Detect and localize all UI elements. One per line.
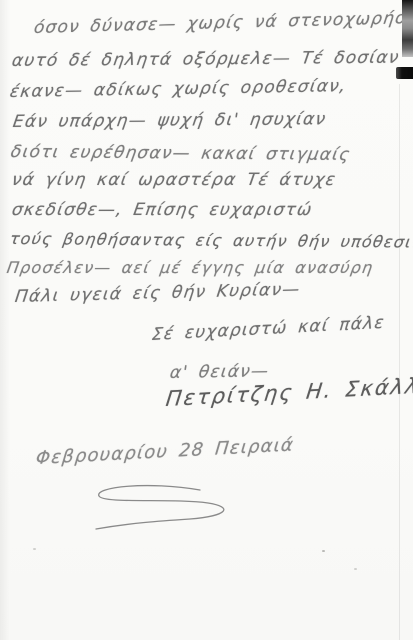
- handwritten-line: αυτό δέ δηλητά οξόρμελε— Τέ δοσίαν: [11, 48, 401, 71]
- paper-speck: [354, 568, 357, 570]
- paper-speck: [322, 550, 325, 552]
- flourish-swirl: [78, 483, 236, 531]
- handwritten-line: Προσέλεν— αεί μέ έγγης μία ανασύρη: [5, 258, 374, 277]
- handwritten-line: σκεδίσθε—, Επίσης ευχαριστώ: [10, 200, 314, 220]
- handwritten-line: νά γίνη καί ωραστέρα Τέ άτυχε: [10, 170, 337, 190]
- paper-speck: [33, 548, 36, 550]
- scan-edge-gradient-artifact: [402, 0, 413, 57]
- date-line: Φεβρουαρίου 28 Πειραιά: [35, 434, 295, 469]
- handwritten-line: όσον δύνασε— χωρίς νά στενοχωρήση: [33, 8, 413, 38]
- farewell-line: α' θειάν—: [169, 361, 271, 383]
- scan-edge-black-band: [396, 67, 413, 79]
- scanned-letter-page: όσον δύνασε— χωρίς νά στενοχωρήση αυτό δ…: [0, 0, 413, 640]
- handwritten-line: έκανε— αδίκως χωρίς οροθεσίαν,: [9, 76, 348, 102]
- handwritten-line: διότι ευρέθησαν— κακαί στιγμαίς: [9, 142, 352, 165]
- closing-line: Σέ ευχαριστώ καί πάλε: [151, 313, 386, 345]
- handwritten-line: Πάλι υγειά είς θήν Κυρίαν—: [14, 279, 302, 307]
- handwritten-line: τούς βοηθήσαντας είς αυτήν θήν υπόθεσιν: [8, 229, 413, 252]
- handwritten-line: Εάν υπάρχη— ψυχή δι' ησυχίαν: [12, 109, 328, 132]
- paper-edge-line: [399, 84, 400, 640]
